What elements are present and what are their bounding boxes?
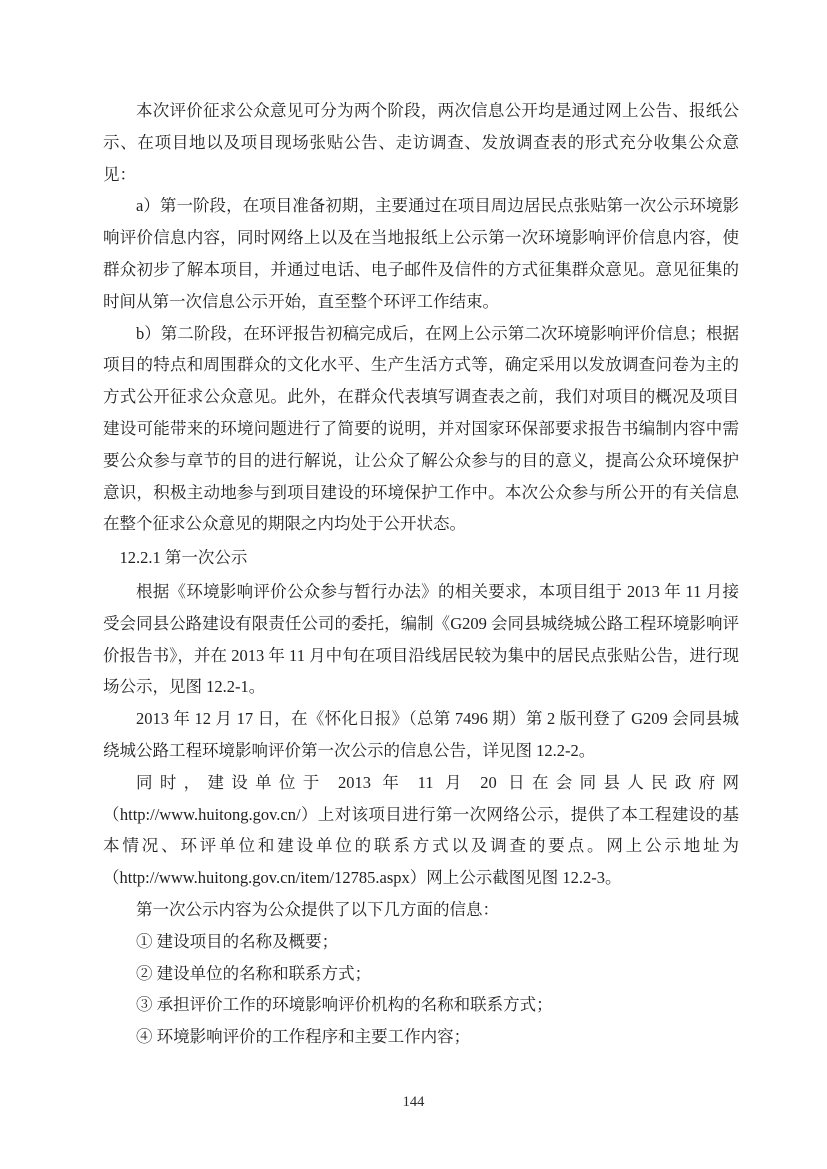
paragraph: 2013 年 12 月 17 日，在《怀化日报》（总第 7496 期）第 2 版… <box>103 703 739 767</box>
paragraph: b）第二阶段，在环评报告初稿完成后，在网上公示第二次环境影响评价信息；根据项目的… <box>103 318 739 541</box>
list-item: ① 建设项目的名称及概要； <box>103 926 739 958</box>
section-heading: 12.2.1 第一次公示 <box>103 542 739 574</box>
paragraph: a）第一阶段，在项目准备初期，主要通过在项目周边居民点张贴第一次公示环境影响评价… <box>103 190 739 317</box>
paragraph: 根据《环境影响评价公众参与暂行办法》的相关要求，本项目组于 2013 年 11 … <box>103 576 739 703</box>
paragraph: 本次评价征求公众意见可分为两个阶段，两次信息公开均是通过网上公告、报纸公示、在项… <box>103 95 739 190</box>
document-body: 本次评价征求公众意见可分为两个阶段，两次信息公开均是通过网上公告、报纸公示、在项… <box>103 95 739 1053</box>
page-number: 144 <box>0 1092 827 1112</box>
paragraph: 同时，建设单位于 2013 年 11 月 20 日在会同县人民政府网（http:… <box>103 767 739 894</box>
list-item: ③ 承担评价工作的环境影响评价机构的名称和联系方式； <box>103 989 739 1021</box>
document-page: 本次评价征求公众意见可分为两个阶段，两次信息公开均是通过网上公告、报纸公示、在项… <box>0 0 827 1169</box>
list-item: ④ 环境影响评价的工作程序和主要工作内容； <box>103 1021 739 1053</box>
paragraph: 第一次公示内容为公众提供了以下几方面的信息： <box>103 894 739 926</box>
list-item: ② 建设单位的名称和联系方式； <box>103 958 739 990</box>
